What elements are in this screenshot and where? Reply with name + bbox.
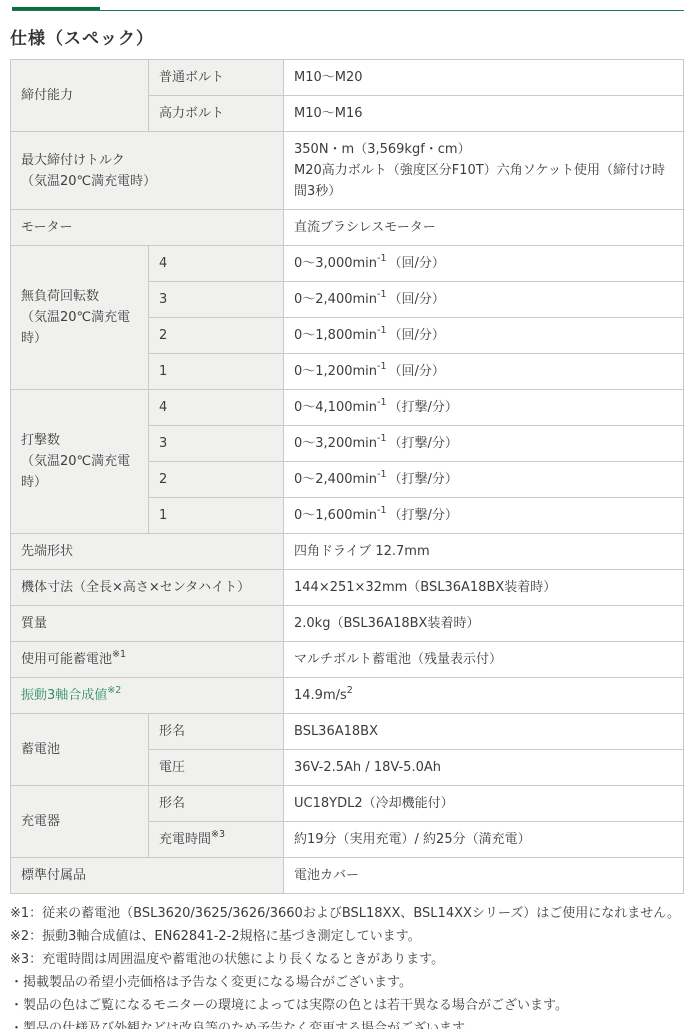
superscript: -1: [377, 469, 386, 480]
spec-value-cell: 電池カバー: [284, 858, 684, 894]
spec-key-cell: 形名: [149, 714, 284, 750]
page-title: 仕様（スペック）: [10, 24, 698, 49]
superscript: -1: [377, 433, 386, 444]
spec-value-cell: 0～3,200min-1（打撃/分）: [284, 426, 684, 462]
disclaimer-price: ・掲載製品の希望小売価格は予告なく変更になる場合がございます。: [10, 976, 684, 990]
spec-value-cell: UC18YDL2（冷却機能付）: [284, 786, 684, 822]
superscript: -1: [377, 505, 386, 516]
table-row: 標準付属品 電池カバー: [11, 858, 684, 894]
spec-value-cell: 四角ドライブ 12.7mm: [284, 534, 684, 570]
table-row: 締付能力 普通ボルト M10～M20: [11, 60, 684, 96]
spec-label-impact-rate: 打撃数 （気温20℃満充電時）: [11, 390, 149, 534]
spec-key-cell: 1: [149, 354, 284, 390]
spec-label-dimensions: 機体寸法（全長×高さ×センタハイト）: [11, 570, 284, 606]
spec-value-cell: 0～2,400min-1（打撃/分）: [284, 462, 684, 498]
spec-label-tip-shape: 先端形状: [11, 534, 284, 570]
spec-value-cell: 0～1,200min-1（回/分）: [284, 354, 684, 390]
label-line2: （気温20℃満充電時）: [21, 451, 138, 493]
superscript: -1: [377, 289, 386, 300]
table-row: 最大締付けトルク （気温20℃満充電時） 350N・m（3,569kgf・cm）…: [11, 132, 684, 210]
spec-label-motor: モーター: [11, 210, 284, 246]
superscript: -1: [377, 361, 386, 372]
spec-value-cell: 0～4,100min-1（打撃/分）: [284, 390, 684, 426]
spec-table: 締付能力 普通ボルト M10～M20 高力ボルト M10～M16 最大締付けトル…: [10, 59, 684, 894]
footnote-1: ※1：従来の蓄電池（BSL3620/3625/3626/3660およびBSL18…: [10, 907, 684, 921]
label-line2: （気温20℃満充電時）: [21, 307, 138, 349]
spec-label-tightening: 締付能力: [11, 60, 149, 132]
table-row: モーター 直流ブラシレスモーター: [11, 210, 684, 246]
footnote-marker: ※1: [112, 649, 126, 660]
superscript: -1: [377, 253, 386, 264]
accent-bar: [12, 7, 100, 11]
disclaimer-spec-change: ・製品の仕様及び外観などは改良等のため予告なく変更する場合がございます。: [10, 1022, 684, 1029]
spec-label-accessories: 標準付属品: [11, 858, 284, 894]
superscript: -1: [377, 325, 386, 336]
footnotes: ※1：従来の蓄電池（BSL3620/3625/3626/3660およびBSL18…: [10, 907, 684, 1029]
footnote-marker: ※3: [211, 829, 225, 840]
footnote-3: ※3：充電時間は周囲温度や蓄電池の状態により長くなるときがあります。: [10, 953, 684, 967]
value-line1: 350N・m（3,569kgf・cm）: [294, 139, 673, 160]
label-line1: 無負荷回転数: [21, 286, 138, 307]
footnote-marker: ※2: [107, 685, 121, 696]
spec-key-cell: 電圧: [149, 750, 284, 786]
table-row: 振動3軸合成値※2 14.9m/s2: [11, 678, 684, 714]
vibration-link[interactable]: 振動3軸合成値: [21, 688, 107, 703]
spec-key-cell: 2: [149, 462, 284, 498]
spec-label-weight: 質量: [11, 606, 284, 642]
spec-key-cell: 3: [149, 426, 284, 462]
spec-key-cell: 高力ボルト: [149, 96, 284, 132]
label-line1: 最大締付けトルク: [21, 150, 273, 171]
spec-label-charger: 充電器: [11, 786, 149, 858]
spec-key-cell: 4: [149, 246, 284, 282]
spec-key-cell: 普通ボルト: [149, 60, 284, 96]
disclaimer-color: ・製品の色はご覧になるモニターの環境によっては実際の色とは若干異なる場合がござい…: [10, 999, 684, 1013]
section-divider: [12, 7, 684, 11]
table-row: 打撃数 （気温20℃満充電時） 4 0～4,100min-1（打撃/分）: [11, 390, 684, 426]
value-line2: M20高力ボルト（強度区分F10T）六角ソケット使用（締付け時間3秒）: [294, 160, 673, 202]
spec-page: 仕様（スペック） 締付能力 普通ボルト M10～M20 高力ボルト M10～M1…: [0, 7, 698, 1029]
table-row: 機体寸法（全長×高さ×センタハイト） 144×251×32mm（BSL36A18…: [11, 570, 684, 606]
superscript: -1: [377, 397, 386, 408]
spec-key-cell: 4: [149, 390, 284, 426]
spec-value-cell: 0～2,400min-1（回/分）: [284, 282, 684, 318]
spec-value-cell: 144×251×32mm（BSL36A18BX装着時）: [284, 570, 684, 606]
spec-value-cell: 0～1,800min-1（回/分）: [284, 318, 684, 354]
spec-label-no-load-speed: 無負荷回転数 （気温20℃満充電時）: [11, 246, 149, 390]
spec-key-cell: 2: [149, 318, 284, 354]
table-row: 先端形状 四角ドライブ 12.7mm: [11, 534, 684, 570]
table-row: 蓄電池 形名 BSL36A18BX: [11, 714, 684, 750]
label-line2: （気温20℃満充電時）: [21, 171, 273, 192]
table-row: 充電器 形名 UC18YDL2（冷却機能付）: [11, 786, 684, 822]
spec-key-cell: 充電時間※3: [149, 822, 284, 858]
spec-value-cell: 14.9m/s2: [284, 678, 684, 714]
spec-value-cell: マルチボルト蓄電池（残量表示付）: [284, 642, 684, 678]
table-row: 使用可能蓄電池※1 マルチボルト蓄電池（残量表示付）: [11, 642, 684, 678]
spec-value-cell: M10～M16: [284, 96, 684, 132]
spec-value-cell: BSL36A18BX: [284, 714, 684, 750]
spec-label-usable-battery: 使用可能蓄電池※1: [11, 642, 284, 678]
spec-value-cell: 0～1,600min-1（打撃/分）: [284, 498, 684, 534]
spec-value-cell: 2.0kg（BSL36A18BX装着時）: [284, 606, 684, 642]
spec-label-max-torque: 最大締付けトルク （気温20℃満充電時）: [11, 132, 284, 210]
label-line1: 打撃数: [21, 430, 138, 451]
table-row: 質量 2.0kg（BSL36A18BX装着時）: [11, 606, 684, 642]
spec-label-vibration: 振動3軸合成値※2: [11, 678, 284, 714]
superscript: 2: [347, 685, 353, 696]
spec-key-cell: 形名: [149, 786, 284, 822]
spec-label-battery: 蓄電池: [11, 714, 149, 786]
spec-key-cell: 1: [149, 498, 284, 534]
spec-value-cell: 350N・m（3,569kgf・cm） M20高力ボルト（強度区分F10T）六角…: [284, 132, 684, 210]
table-row: 無負荷回転数 （気温20℃満充電時） 4 0～3,000min-1（回/分）: [11, 246, 684, 282]
spec-value-cell: 36V-2.5Ah / 18V-5.0Ah: [284, 750, 684, 786]
spec-value-cell: 約19分（実用充電）/ 約25分（満充電）: [284, 822, 684, 858]
footnote-2: ※2：振動3軸合成値は、EN62841-2-2規格に基づき測定しています。: [10, 930, 684, 944]
spec-value-cell: 0～3,000min-1（回/分）: [284, 246, 684, 282]
spec-key-cell: 3: [149, 282, 284, 318]
spec-value-cell: 直流ブラシレスモーター: [284, 210, 684, 246]
spec-value-cell: M10～M20: [284, 60, 684, 96]
